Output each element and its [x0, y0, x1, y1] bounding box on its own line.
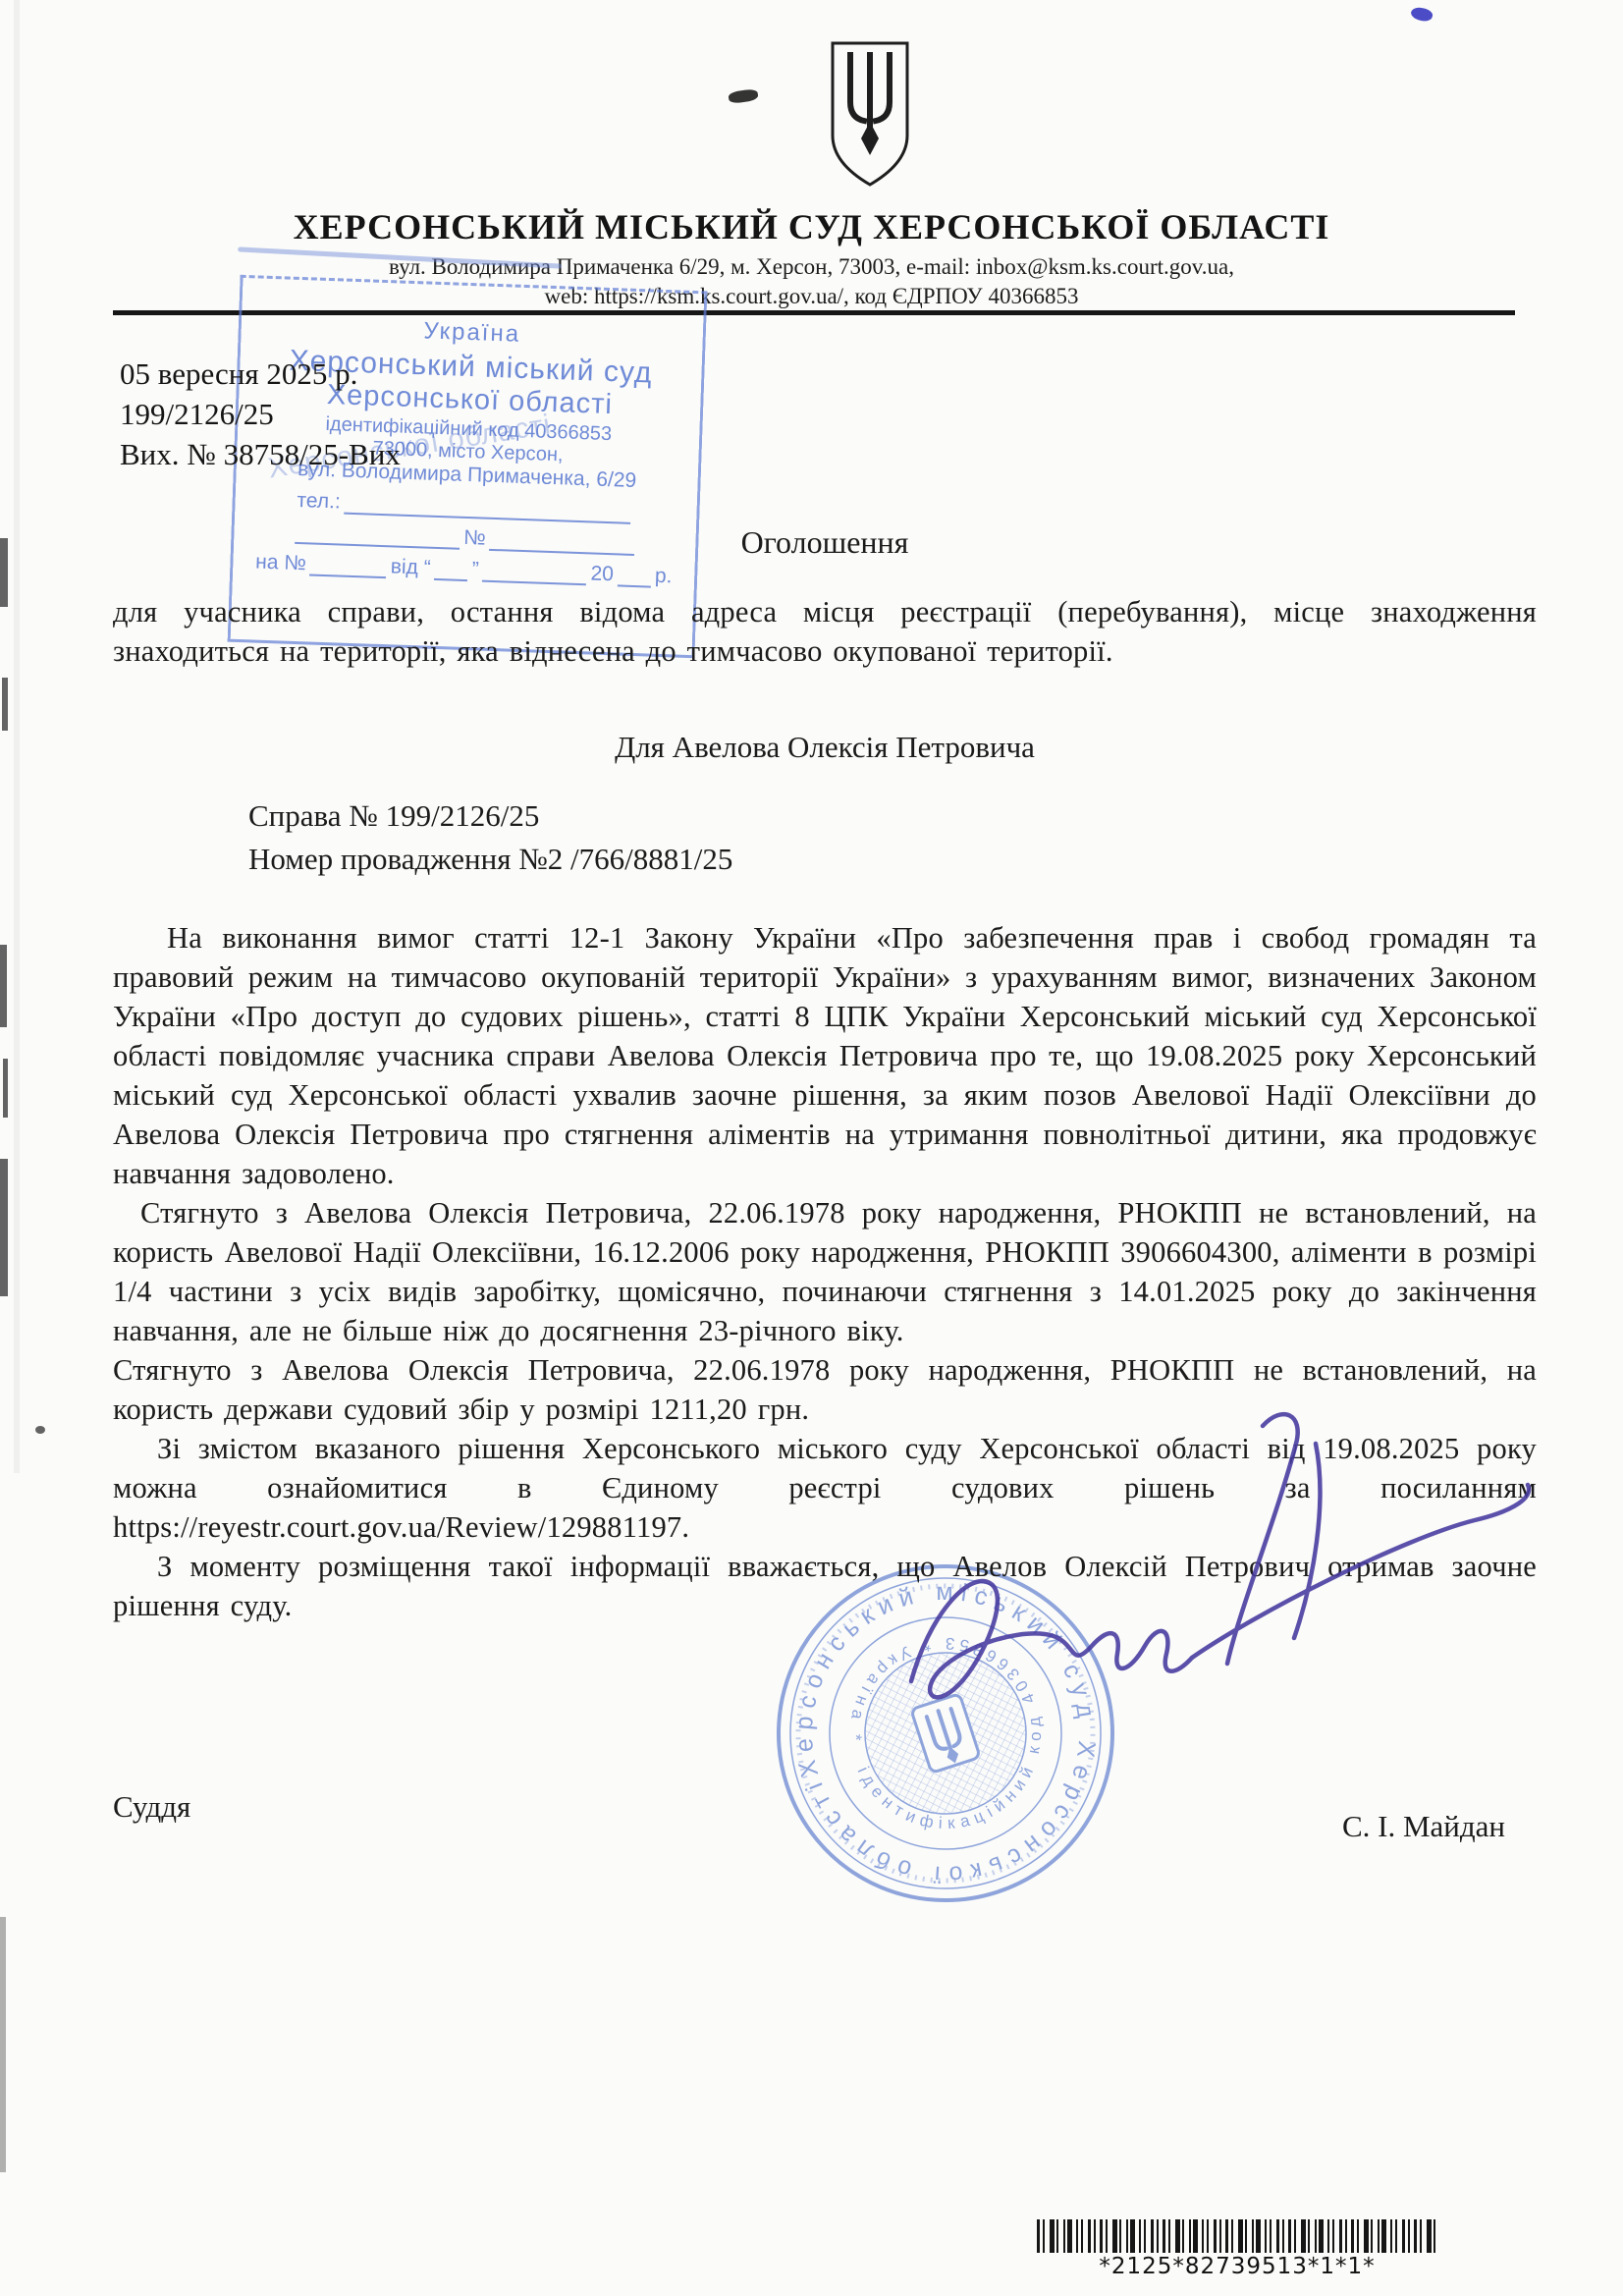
scan-edge-mark: [0, 1917, 6, 2172]
ink-blot-blue: [1410, 5, 1434, 24]
scan-edge-mark: [0, 538, 8, 607]
stamp-tel-label: тел.:: [297, 489, 341, 514]
case-number: 199/2126/25: [120, 394, 401, 434]
outgoing-number: Вих. № 38758/25-Вих: [120, 434, 401, 474]
barcode-text: *2125*82739513*1*1*: [1037, 2254, 1437, 2279]
judge-label: Суддя: [113, 1789, 190, 1825]
addressee-line: Для Авелова Олексія Петровича: [113, 726, 1537, 769]
reference-block: 05 вересня 2025 р. 199/2126/25 Вих. № 38…: [120, 354, 401, 474]
ukraine-trident-emblem: [827, 39, 913, 189]
scan-edge-mark: [0, 1159, 8, 1296]
alimony-paragraph: Стягнуто з Авелова Олексія Петровича, 22…: [113, 1193, 1537, 1350]
proceeding-line: Номер провадження №2 /766/8881/25: [248, 838, 1537, 881]
document-barcode: *2125*82739513*1*1*: [1037, 2219, 1437, 2279]
scan-streak: [14, 0, 20, 1473]
intro-paragraph: для учасника справи, остання відома адре…: [113, 592, 1537, 671]
document-date: 05 вересня 2025 р.: [120, 354, 401, 394]
scan-speck: [35, 1426, 45, 1434]
main-paragraph: На виконання вимог статті 12-1 Закону Ук…: [113, 918, 1537, 1193]
scan-edge-mark: [0, 945, 7, 1027]
document-heading: Оголошення: [113, 523, 1537, 561]
ink-blot-black: [728, 88, 758, 104]
judge-name: С. І. Майдан: [1342, 1809, 1505, 1844]
scan-edge-mark: [2, 678, 8, 731]
scan-edge-mark: [3, 1059, 8, 1118]
scanned-court-document: ХЕРСОНСЬКИЙ МІСЬКИЙ СУД ХЕРСОНСЬКОЇ ОБЛА…: [0, 0, 1623, 2296]
barcode-bars: [1037, 2219, 1437, 2253]
case-line: Справа № 199/2126/25: [248, 794, 1537, 838]
judge-signature: [687, 1375, 1571, 1787]
stamp-blank-line: [344, 495, 631, 524]
court-name-title: ХЕРСОНСЬКИЙ МІСЬКИЙ СУД ХЕРСОНСЬКОЇ ОБЛА…: [0, 206, 1623, 247]
